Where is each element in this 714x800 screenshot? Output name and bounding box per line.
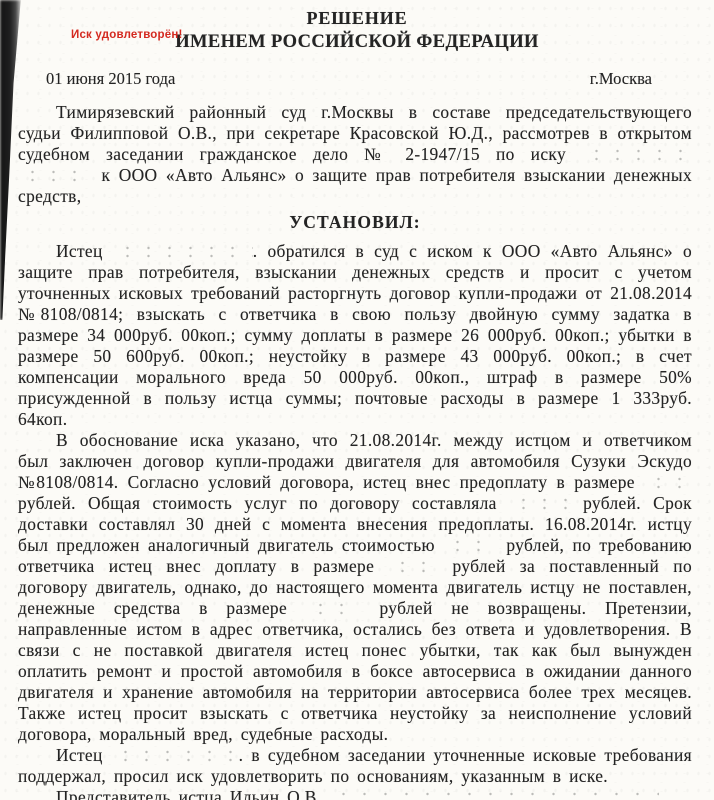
- document-date: 01 июня 2015 года: [46, 69, 175, 89]
- claim-granted-stamp: Иск удовлетворён!: [71, 29, 183, 41]
- paragraph-representative: Представитель истца Ильин О.В. ,: [18, 787, 692, 800]
- scanned-court-decision-page: Иск удовлетворён! РЕШЕНИЕ ИМЕНЕМ РОССИЙС…: [0, 0, 714, 800]
- redacted-text: [18, 169, 93, 182]
- heading-ustanovil: УСТАНОВИЛ:: [18, 212, 692, 233]
- redacted-text: [509, 497, 571, 510]
- date-city-row: 01 июня 2015 года г.Москва: [46, 69, 652, 89]
- paragraph-claim-grounds: В обоснование иска указано, что 21.08.20…: [18, 430, 692, 745]
- redacted-text: [443, 539, 498, 552]
- redacted-text: [113, 245, 253, 258]
- redacted-text: [306, 602, 361, 615]
- redacted-text: [111, 749, 239, 762]
- document-body: Тимирязевский районный суд г.Москвы в со…: [18, 102, 692, 800]
- redacted-text: [644, 476, 692, 489]
- paragraph-plaintiff-statement: Истец . в судебном заседании уточненные …: [18, 745, 692, 787]
- document-city: г.Москва: [590, 69, 652, 89]
- redacted-text: [388, 560, 438, 573]
- paragraph-court-intro: Тимирязевский районный суд г.Москвы в со…: [18, 102, 692, 207]
- document-title: РЕШЕНИЕ: [0, 8, 714, 29]
- paragraph-claim-demands: Истец . обратился в суд с иском к ООО «А…: [18, 241, 692, 430]
- redacted-text: [582, 148, 692, 161]
- redacted-text: [329, 791, 659, 800]
